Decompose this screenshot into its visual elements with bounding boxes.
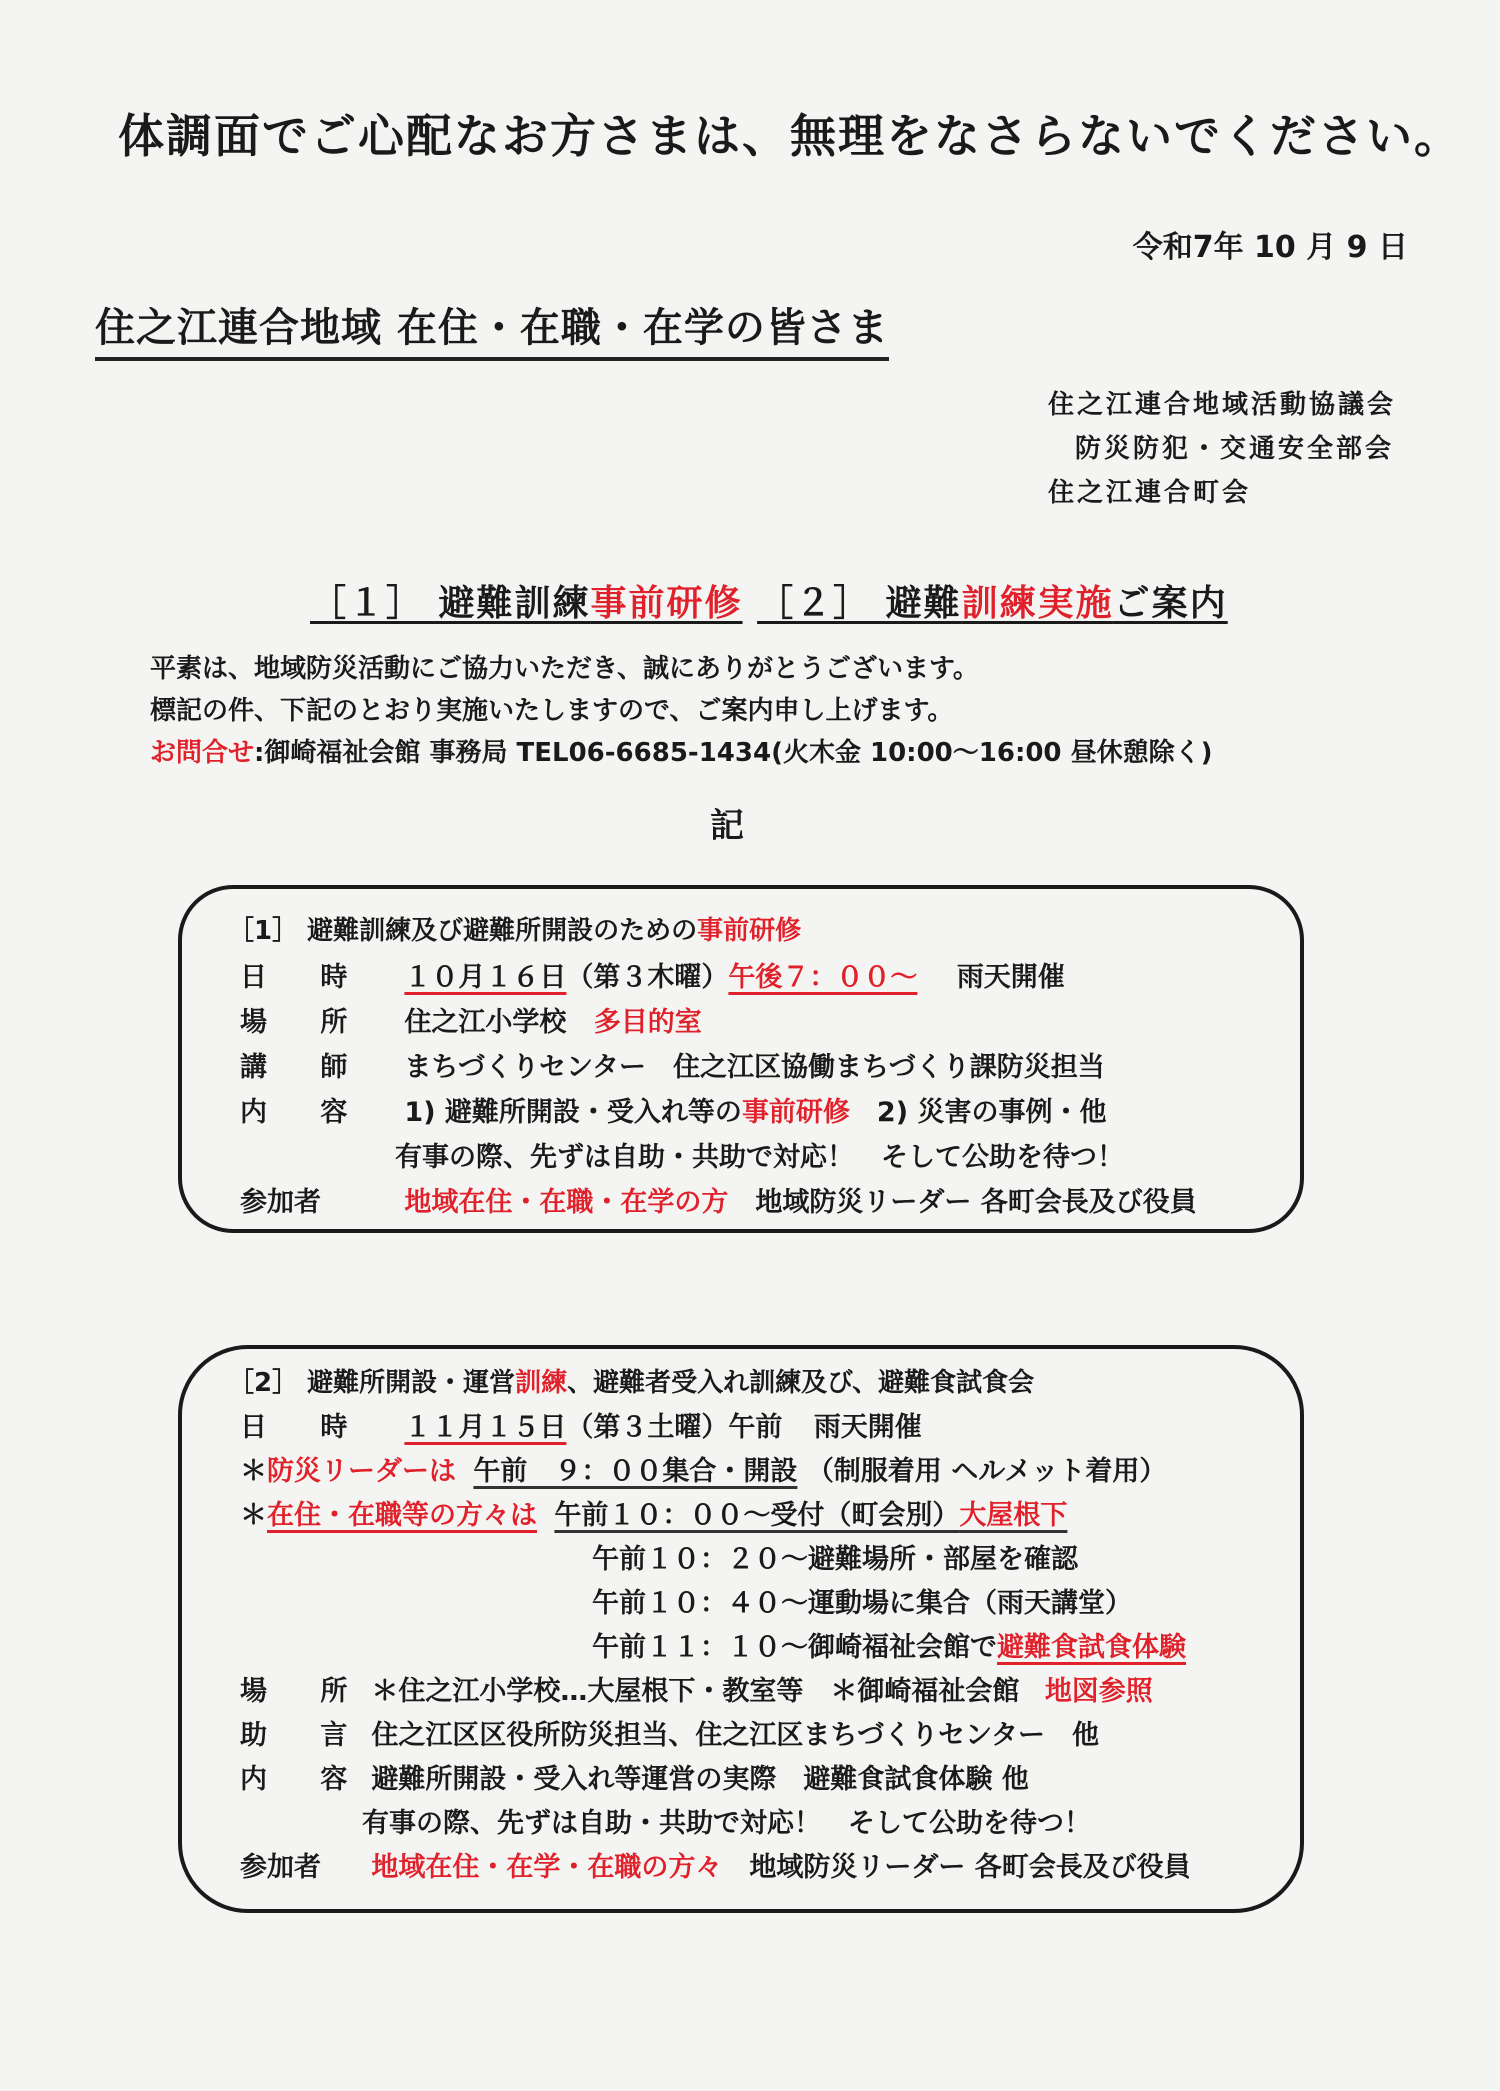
section-1-heading: ［1］ 避難訓練及び避難所開設のための事前研修: [228, 910, 801, 947]
schedule-item-3: 午前１１：１０～御崎福祉会館で避難食試食体験: [592, 1625, 1186, 1664]
title-part1-red: 事前研修: [591, 583, 743, 624]
place-value: 住之江小学校: [404, 1007, 566, 1038]
content-label: 内 容: [240, 1090, 395, 1129]
bullet-asterisk: ＊: [240, 1456, 267, 1487]
content-prefix: 1) 避難所開設・受入れ等の: [404, 1097, 742, 1128]
schedule-item-1: 午前１０：２０～避難場所・部屋を確認: [592, 1537, 1078, 1576]
section-2-participants-row: 参加者 地域在住・在学・在職の方々 地域防災リーダー 各町会長及び役員: [240, 1845, 1191, 1884]
rain-note: 雨天開催: [814, 1412, 922, 1443]
place-map-ref: 地図参照: [1045, 1676, 1153, 1707]
section-2-content-row: 内 容 避難所開設・受入れ等運営の実際 避難食試食体験 他: [240, 1757, 1029, 1796]
section-1-participants-row: 参加者 地域在住・在職・在学の方 地域防災リーダー 各町会長及び役員: [240, 1180, 1197, 1219]
rain-note: 雨天開催: [957, 962, 1065, 993]
section-1-content-line-2: 有事の際、先ずは自助・共助で対応！ そして公助を待つ！: [395, 1135, 1124, 1174]
ki-marker: 記: [710, 798, 744, 847]
section-2-heading: ［2］ 避難所開設・運営訓練、避難者受入れ訓練及び、避難食試食会: [228, 1362, 1034, 1399]
schedule-item-2: 午前１０：４０～運動場に集合（雨天講堂）: [592, 1581, 1132, 1620]
title-part1: ［１］ 避難訓練事前研修: [310, 583, 743, 624]
section-1-content-row: 内 容 1) 避難所開設・受入れ等の事前研修 2) 災害の事例・他: [240, 1090, 1106, 1129]
residents-place: 大屋根下: [959, 1500, 1067, 1531]
residents-time: 午前１０：００～受付（町会別）: [554, 1500, 959, 1531]
event-date: １０月１６日: [404, 962, 566, 993]
content-label: 内 容: [240, 1757, 362, 1796]
content-line-1: 避難所開設・受入れ等運営の実際 避難食試食体験 他: [371, 1764, 1028, 1795]
place-label: 場 所: [240, 1000, 395, 1039]
title-part2: ［２］ 避難訓練実施ご案内: [757, 583, 1228, 624]
section-2-advisors-row: 助 言 住之江区区役所防災担当、住之江区まちづくりセンター 他: [240, 1713, 1099, 1752]
title-part2-suffix: ご案内: [1114, 583, 1228, 624]
section-2-heading-red: 訓練: [515, 1368, 567, 1398]
section-1-place-row: 場 所 住之江小学校 多目的室: [240, 1000, 702, 1039]
event-weekday: （第３土曜）: [566, 1412, 728, 1443]
leaders-time: 午前 ９：００集合・開設: [473, 1456, 797, 1487]
event-date: １１月１５日: [404, 1412, 566, 1443]
participants-red: 地域在住・在学・在職の方々: [371, 1852, 722, 1883]
section-2-heading-prefix: ［2］ 避難所開設・運営: [228, 1368, 515, 1398]
content-red: 事前研修: [742, 1097, 850, 1128]
residents-who: 在住・在職等の方々は: [267, 1500, 537, 1531]
event-time: 午後７：００～: [728, 962, 917, 993]
participants-label: 参加者: [240, 1845, 362, 1884]
health-notice: 体調面でご心配なお方さまは、無理をなさらないでください。: [118, 100, 1462, 166]
intro-line-1: 平素は、地域防災活動にご協力いただき、誠にありがとうございます。: [150, 648, 979, 685]
sender-1: 住之江連合地域活動協議会: [1048, 384, 1396, 421]
section-1-heading-red: 事前研修: [697, 916, 801, 946]
contact-label: お問合せ: [150, 738, 254, 768]
participants-red: 地域在住・在職・在学の方: [404, 1187, 728, 1218]
addressee-text: 住之江連合地域 在住・在職・在学の皆さま: [95, 305, 889, 361]
place-label: 場 所: [240, 1669, 362, 1708]
advisors-label: 助 言: [240, 1713, 362, 1752]
section-1-lecturer-row: 講 師 まちづくりセンター 住之江区協働まちづくり課防災担当: [240, 1045, 1105, 1084]
section-2-heading-suffix: 、避難者受入れ訓練及び、避難食試食会: [567, 1368, 1034, 1398]
leaders-note: （制服着用 ヘルメット着用）: [807, 1456, 1167, 1487]
section-2-datetime-row: 日 時 １１月１５日（第３土曜）午前 雨天開催: [240, 1405, 922, 1444]
schedule-item-3-red: 避難食試食体験: [997, 1632, 1186, 1663]
document-title: ［１］ 避難訓練事前研修 ［２］ 避難訓練実施ご案内: [310, 575, 1228, 626]
event-weekday: （第３木曜）: [566, 962, 728, 993]
schedule-item-3-text: 午前１１：１０～御崎福祉会館で: [592, 1632, 997, 1663]
bullet-asterisk: ＊: [240, 1500, 267, 1531]
sender-2: 防災防犯・交通安全部会: [1075, 428, 1394, 465]
contact-line: お問合せ:御崎福祉会館 事務局 TEL06-6685-1434(火木金 10:0…: [150, 732, 1212, 769]
section-2-place-row: 場 所 ＊住之江小学校…大屋根下・教室等 ＊御崎福祉会館 地図参照: [240, 1669, 1153, 1708]
lecturer-value: まちづくりセンター 住之江区協働まちづくり課防災担当: [404, 1052, 1104, 1083]
addressee: 住之江連合地域 在住・在職・在学の皆さま: [95, 296, 889, 353]
title-part2-prefix: ［２］ 避難: [757, 583, 962, 624]
sender-3: 住之江連合町会: [1048, 472, 1251, 509]
content-suffix: 2) 災害の事例・他: [850, 1097, 1107, 1128]
residents-row: ＊在住・在職等の方々は 午前１０：００～受付（町会別）大屋根下: [240, 1493, 1067, 1532]
lecturer-label: 講 師: [240, 1045, 395, 1084]
section-1-datetime-row: 日 時 １０月１６日（第３木曜）午後７：００～ 雨天開催: [240, 955, 1065, 994]
leaders-row: ＊防災リーダーは 午前 ９：００集合・開設 （制服着用 ヘルメット着用）: [240, 1449, 1166, 1488]
title-part1-prefix: ［１］ 避難訓練: [310, 583, 591, 624]
datetime-label: 日 時: [240, 1405, 395, 1444]
residents-time-wrap: 午前１０：００～受付（町会別）大屋根下: [554, 1500, 1067, 1531]
participants-rest: 地域防災リーダー 各町会長及び役員: [728, 1187, 1196, 1218]
title-part2-red: 訓練実施: [962, 583, 1114, 624]
advisors-value: 住之江区区役所防災担当、住之江区まちづくりセンター 他: [371, 1720, 1099, 1751]
contact-text: :御崎福祉会館 事務局 TEL06-6685-1434(火木金 10:00～16…: [254, 738, 1212, 768]
place-value: ＊住之江小学校…大屋根下・教室等 ＊御崎福祉会館: [371, 1676, 1019, 1707]
leaders-who: 防災リーダーは: [267, 1456, 456, 1487]
place-room: 多目的室: [594, 1007, 702, 1038]
datetime-label: 日 時: [240, 955, 395, 994]
event-time: 午前: [728, 1412, 782, 1443]
section-1-heading-prefix: ［1］ 避難訓練及び避難所開設のための: [228, 916, 697, 946]
intro-line-2: 標記の件、下記のとおり実施いたしますので、ご案内申し上げます。: [150, 690, 953, 727]
participants-rest: 地域防災リーダー 各町会長及び役員: [722, 1852, 1190, 1883]
document-date: 令和7年 10 月 9 日: [1133, 222, 1408, 266]
participants-label: 参加者: [240, 1180, 395, 1219]
section-2-content-line-2: 有事の際、先ずは自助・共助で対応！ そして公助を待つ！: [362, 1801, 1091, 1840]
